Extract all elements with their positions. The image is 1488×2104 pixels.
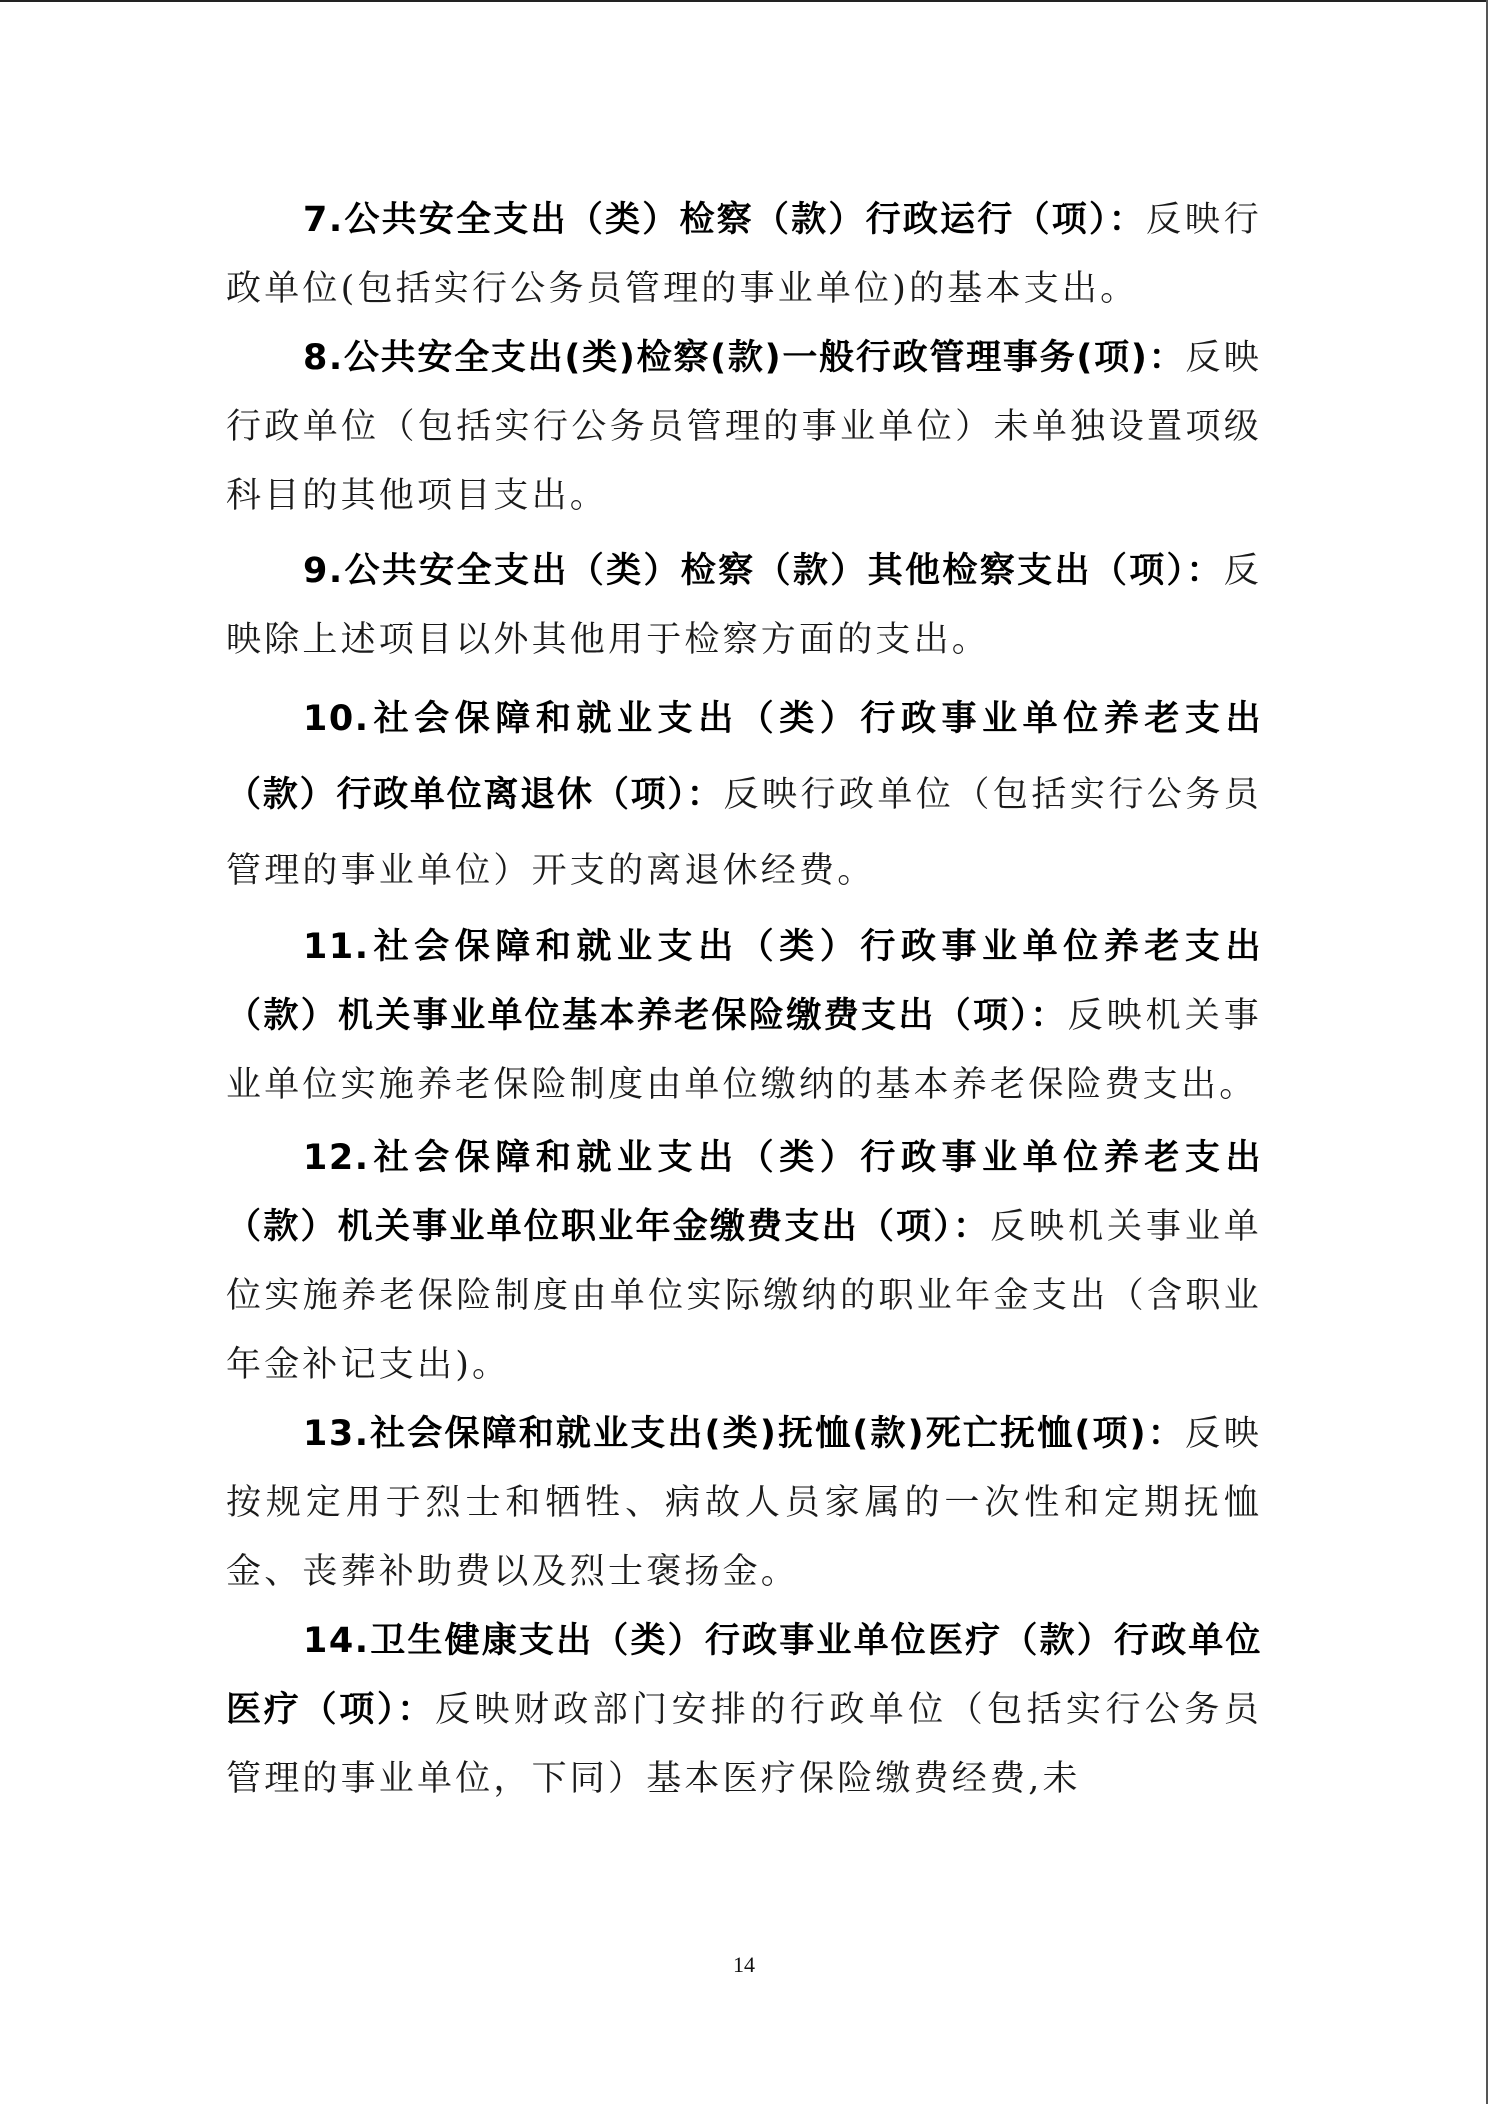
paragraph-heading: 8.公共安全支出(类)检察(款)一般行政管理事务(项)：: [303, 338, 1185, 378]
paragraph-item-8: 8.公共安全支出(类)检察(款)一般行政管理事务(项)：反映行政单位（包括实行公…: [226, 324, 1262, 531]
paragraph-item-12: 12.社会保障和就业支出（类）行政事业单位养老支出（款）机关事业单位职业年金缴费…: [226, 1124, 1262, 1400]
paragraph-item-9: 9.公共安全支出（类）检察（款）其他检察支出（项）：反映除上述项目以外其他用于检…: [226, 537, 1262, 675]
paragraph-heading: 13.社会保障和就业支出(类)抚恤(款)死亡抚恤(项)：: [303, 1414, 1185, 1454]
page-frame-top-border: [0, 0, 1488, 2]
paragraph-item-11: 11.社会保障和就业支出（类）行政事业单位养老支出（款）机关事业单位基本养老保险…: [226, 913, 1262, 1120]
paragraph-heading: 9.公共安全支出（类）检察（款）其他检察支出（项）：: [303, 551, 1224, 591]
paragraph-item-10: 10.社会保障和就业支出（类）行政事业单位养老支出（款）行政单位离退休（项）：反…: [226, 681, 1262, 909]
paragraph-heading: 7.公共安全支出（类）检察（款）行政运行（项）：: [303, 200, 1146, 240]
paragraph-item-7: 7.公共安全支出（类）检察（款）行政运行（项）：反映行政单位(包括实行公务员管理…: [226, 186, 1262, 324]
page-number: 14: [0, 1952, 1488, 1978]
document-page: 7.公共安全支出（类）检察（款）行政运行（项）：反映行政单位(包括实行公务员管理…: [226, 186, 1262, 1814]
paragraph-item-14: 14.卫生健康支出（类）行政事业单位医疗（款）行政单位医疗（项）：反映财政部门安…: [226, 1607, 1262, 1814]
paragraph-item-13: 13.社会保障和就业支出(类)抚恤(款)死亡抚恤(项)：反映按规定用于烈士和牺牲…: [226, 1400, 1262, 1607]
